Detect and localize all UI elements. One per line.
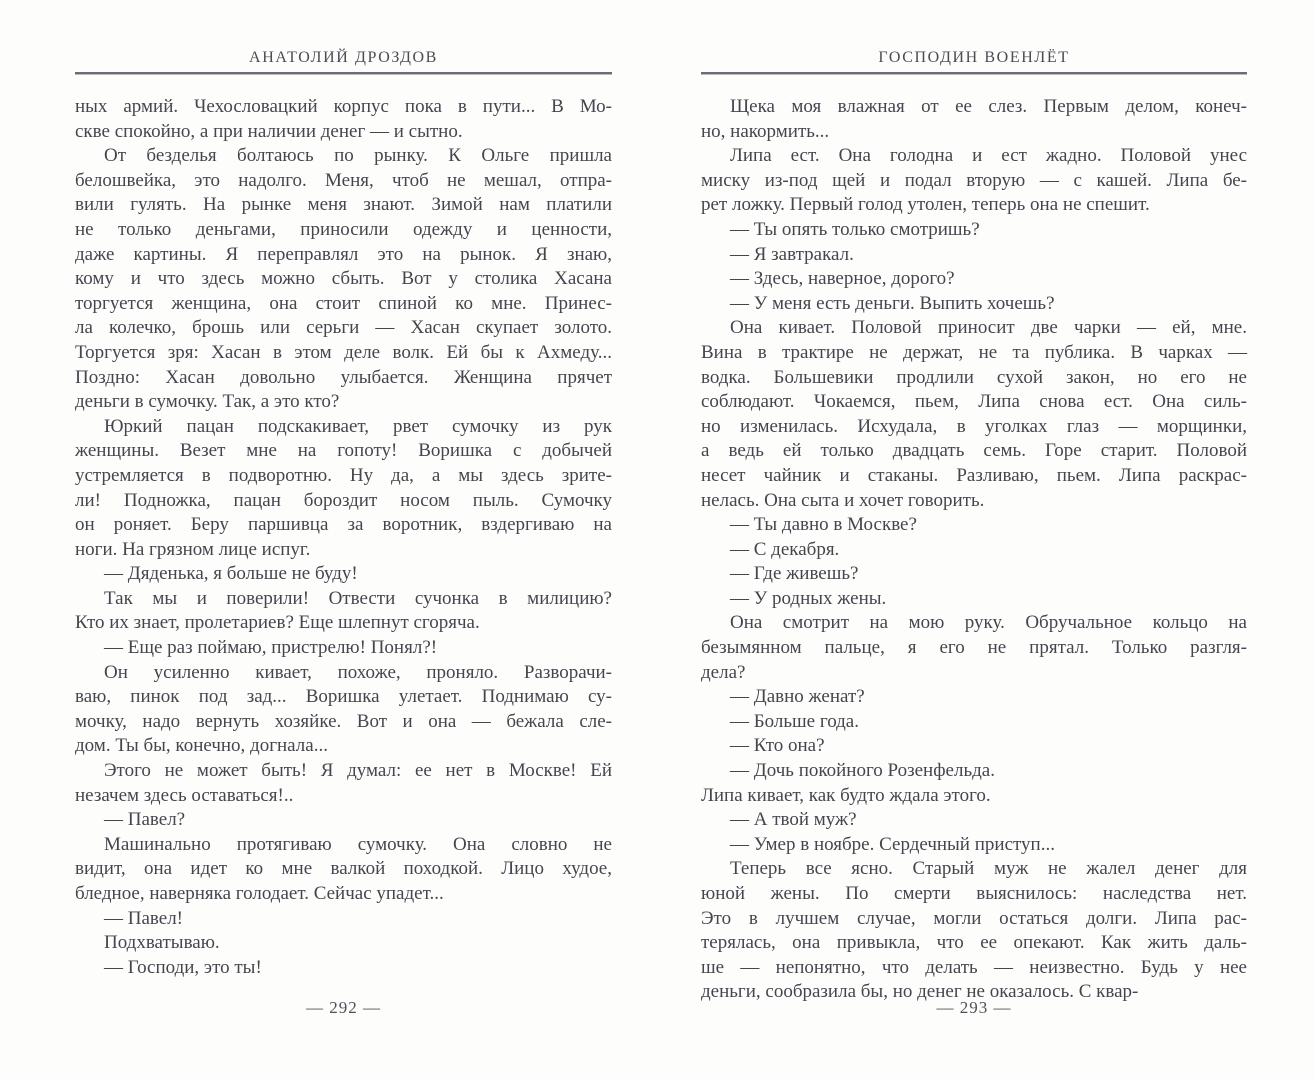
text-line: дела? <box>701 661 1247 686</box>
text-line: — Давно женат? <box>701 685 1247 710</box>
text-line: — А твой муж? <box>701 808 1247 833</box>
text-line: От безделья болтаюсь по рынку. К Ольге п… <box>75 144 612 169</box>
text-line: несет чайник и стаканы. Разливаю, пьем. … <box>701 464 1247 489</box>
header-rule <box>75 72 612 75</box>
text-line: Подхватываю. <box>75 931 612 956</box>
text-line: — У меня есть деньги. Выпить хочешь? <box>701 292 1247 317</box>
text-line: Она кивает. Половой приносит две чарки —… <box>701 316 1247 341</box>
header-rule <box>701 72 1247 75</box>
text-line: дом. Ты бы, конечно, догнала... <box>75 734 612 759</box>
text-line: видит, она идет ко мне валкой походкой. … <box>75 857 612 882</box>
text-line: устремляется в подворотню. Ну да, а мы з… <box>75 464 612 489</box>
text-line: женщины. Везет мне на гопоту! Воришка с … <box>75 439 612 464</box>
text-line: Липа ест. Она голодна и ест жадно. Полов… <box>701 144 1247 169</box>
text-line: незачем здесь оставаться!.. <box>75 784 612 809</box>
text-line: кому и что здесь можно сбыть. Вот у стол… <box>75 267 612 292</box>
text-line: Машинально протягиваю сумочку. Она словн… <box>75 833 612 858</box>
text-line: — У родных жены. <box>701 587 1247 612</box>
text-line: Этого не может быть! Я думал: ее нет в М… <box>75 759 612 784</box>
text-line: белошвейка, это надолго. Меня, чтоб не м… <box>75 169 612 194</box>
text-line: — Ты давно в Москве? <box>701 513 1247 538</box>
text-line: рет ложку. Первый голод утолен, теперь о… <box>701 193 1247 218</box>
text-line: бледное, наверняка голодает. Сейчас упад… <box>75 882 612 907</box>
text-line: — Кто она? <box>701 734 1247 759</box>
text-line: — Я завтракал. <box>701 243 1247 268</box>
text-line: — Ты опять только смотришь? <box>701 218 1247 243</box>
text-line: даже картины. Я переправлял это на рынок… <box>75 243 612 268</box>
text-line: юной жены. По смерти выяснилось: наследс… <box>701 882 1247 907</box>
page-right: ГОСПОДИН ВОЕНЛЁТ Щека моя влажная от ее … <box>701 45 1247 1045</box>
text-line: — Дочь покойного Розенфельда. <box>701 759 1247 784</box>
running-header-title: ГОСПОДИН ВОЕНЛЁТ <box>701 45 1247 68</box>
text-line: водка. Большевики продлили сухой закон, … <box>701 366 1247 391</box>
text-line: Она смотрит на мою руку. Обручальное кол… <box>701 611 1247 636</box>
text-line: — Еще раз поймаю, пристрелю! Понял?! <box>75 636 612 661</box>
text-line: Щека моя влажная от ее слез. Первым дело… <box>701 95 1247 120</box>
text-line: скве спокойно, а при наличии денег — и с… <box>75 120 612 145</box>
running-header-author: АНАТОЛИЙ ДРОЗДОВ <box>75 45 612 68</box>
text-line: — Павел? <box>75 808 612 833</box>
text-line: Поздно: Хасан довольно улыбается. Женщин… <box>75 366 612 391</box>
text-line: ных армий. Чехословацкий корпус пока в п… <box>75 95 612 120</box>
text-line: Торгуется зря: Хасан в этом деле волк. Е… <box>75 341 612 366</box>
text-line: ла колечко, брошь или серьги — Хасан ску… <box>75 316 612 341</box>
text-line: Вина в трактире не держат, не та публика… <box>701 341 1247 366</box>
text-line: мочку, надо вернуть хозяйке. Вот и она —… <box>75 710 612 735</box>
text-line: — Дяденька, я больше не буду! <box>75 562 612 587</box>
text-line: Теперь все ясно. Старый муж не жалел ден… <box>701 857 1247 882</box>
text-line: безымянном пальце, я его не прятал. Толь… <box>701 636 1247 661</box>
text-line: ноги. На грязном лице испуг. <box>75 538 612 563</box>
text-line: но, накормить... <box>701 120 1247 145</box>
text-line: — С декабря. <box>701 538 1247 563</box>
page-number: — 293 — <box>701 998 1247 1018</box>
text-line: нелась. Она сыта и хочет говорить. <box>701 489 1247 514</box>
text-line: Липа кивает, как будто ждала этого. <box>701 784 1247 809</box>
text-line: но изменилась. Исхудала, в уголках глаз … <box>701 415 1247 440</box>
text-line: Юркий пацан подскакивает, рвет сумочку и… <box>75 415 612 440</box>
text-line: не только деньгами, приносили одежду и ц… <box>75 218 612 243</box>
text-line: — Здесь, наверное, дорого? <box>701 267 1247 292</box>
text-line: Кто их знает, пролетариев? Еще шлепнут с… <box>75 611 612 636</box>
page-body: ных армий. Чехословацкий корпус пока в п… <box>75 95 612 980</box>
text-line: он роняет. Беру паршивца за воротник, вз… <box>75 513 612 538</box>
text-line: — Больше года. <box>701 710 1247 735</box>
text-line: Это в лучшем случае, могли остаться долг… <box>701 907 1247 932</box>
text-line: Так мы и поверили! Отвести сучонка в мил… <box>75 587 612 612</box>
text-line: — Павел! <box>75 907 612 932</box>
text-line: — Где живешь? <box>701 562 1247 587</box>
text-line: миску из-под щей и подал вторую — с каше… <box>701 169 1247 194</box>
text-line: торгуется женщина, она стоит спиной ко м… <box>75 292 612 317</box>
page-body: Щека моя влажная от ее слез. Первым дело… <box>701 95 1247 1005</box>
text-line: терялась, она привыкла, что ее опекают. … <box>701 931 1247 956</box>
page-left: АНАТОЛИЙ ДРОЗДОВ ных армий. Чехословацки… <box>75 45 612 1045</box>
text-line: вили гулять. На рынке меня знают. Зимой … <box>75 193 612 218</box>
text-line: ше — непонятно, что делать — неизвестно.… <box>701 956 1247 981</box>
text-line: — Господи, это ты! <box>75 956 612 981</box>
text-line: Он усиленно кивает, похоже, проняло. Раз… <box>75 661 612 686</box>
text-line: деньги в сумочку. Так, а это кто? <box>75 390 612 415</box>
page-number: — 292 — <box>75 998 612 1018</box>
text-line: а ведь ей только двадцать семь. Горе ста… <box>701 439 1247 464</box>
text-line: — Умер в ноябре. Сердечный приступ... <box>701 833 1247 858</box>
text-line: соблюдают. Чокаемся, пьем, Липа снова ес… <box>701 390 1247 415</box>
text-line: ли! Подножка, пацан бороздит носом пыль.… <box>75 489 612 514</box>
text-line: ваю, пинок под зад... Воришка улетает. П… <box>75 685 612 710</box>
book-spread: АНАТОЛИЙ ДРОЗДОВ ных армий. Чехословацки… <box>0 0 1315 1080</box>
